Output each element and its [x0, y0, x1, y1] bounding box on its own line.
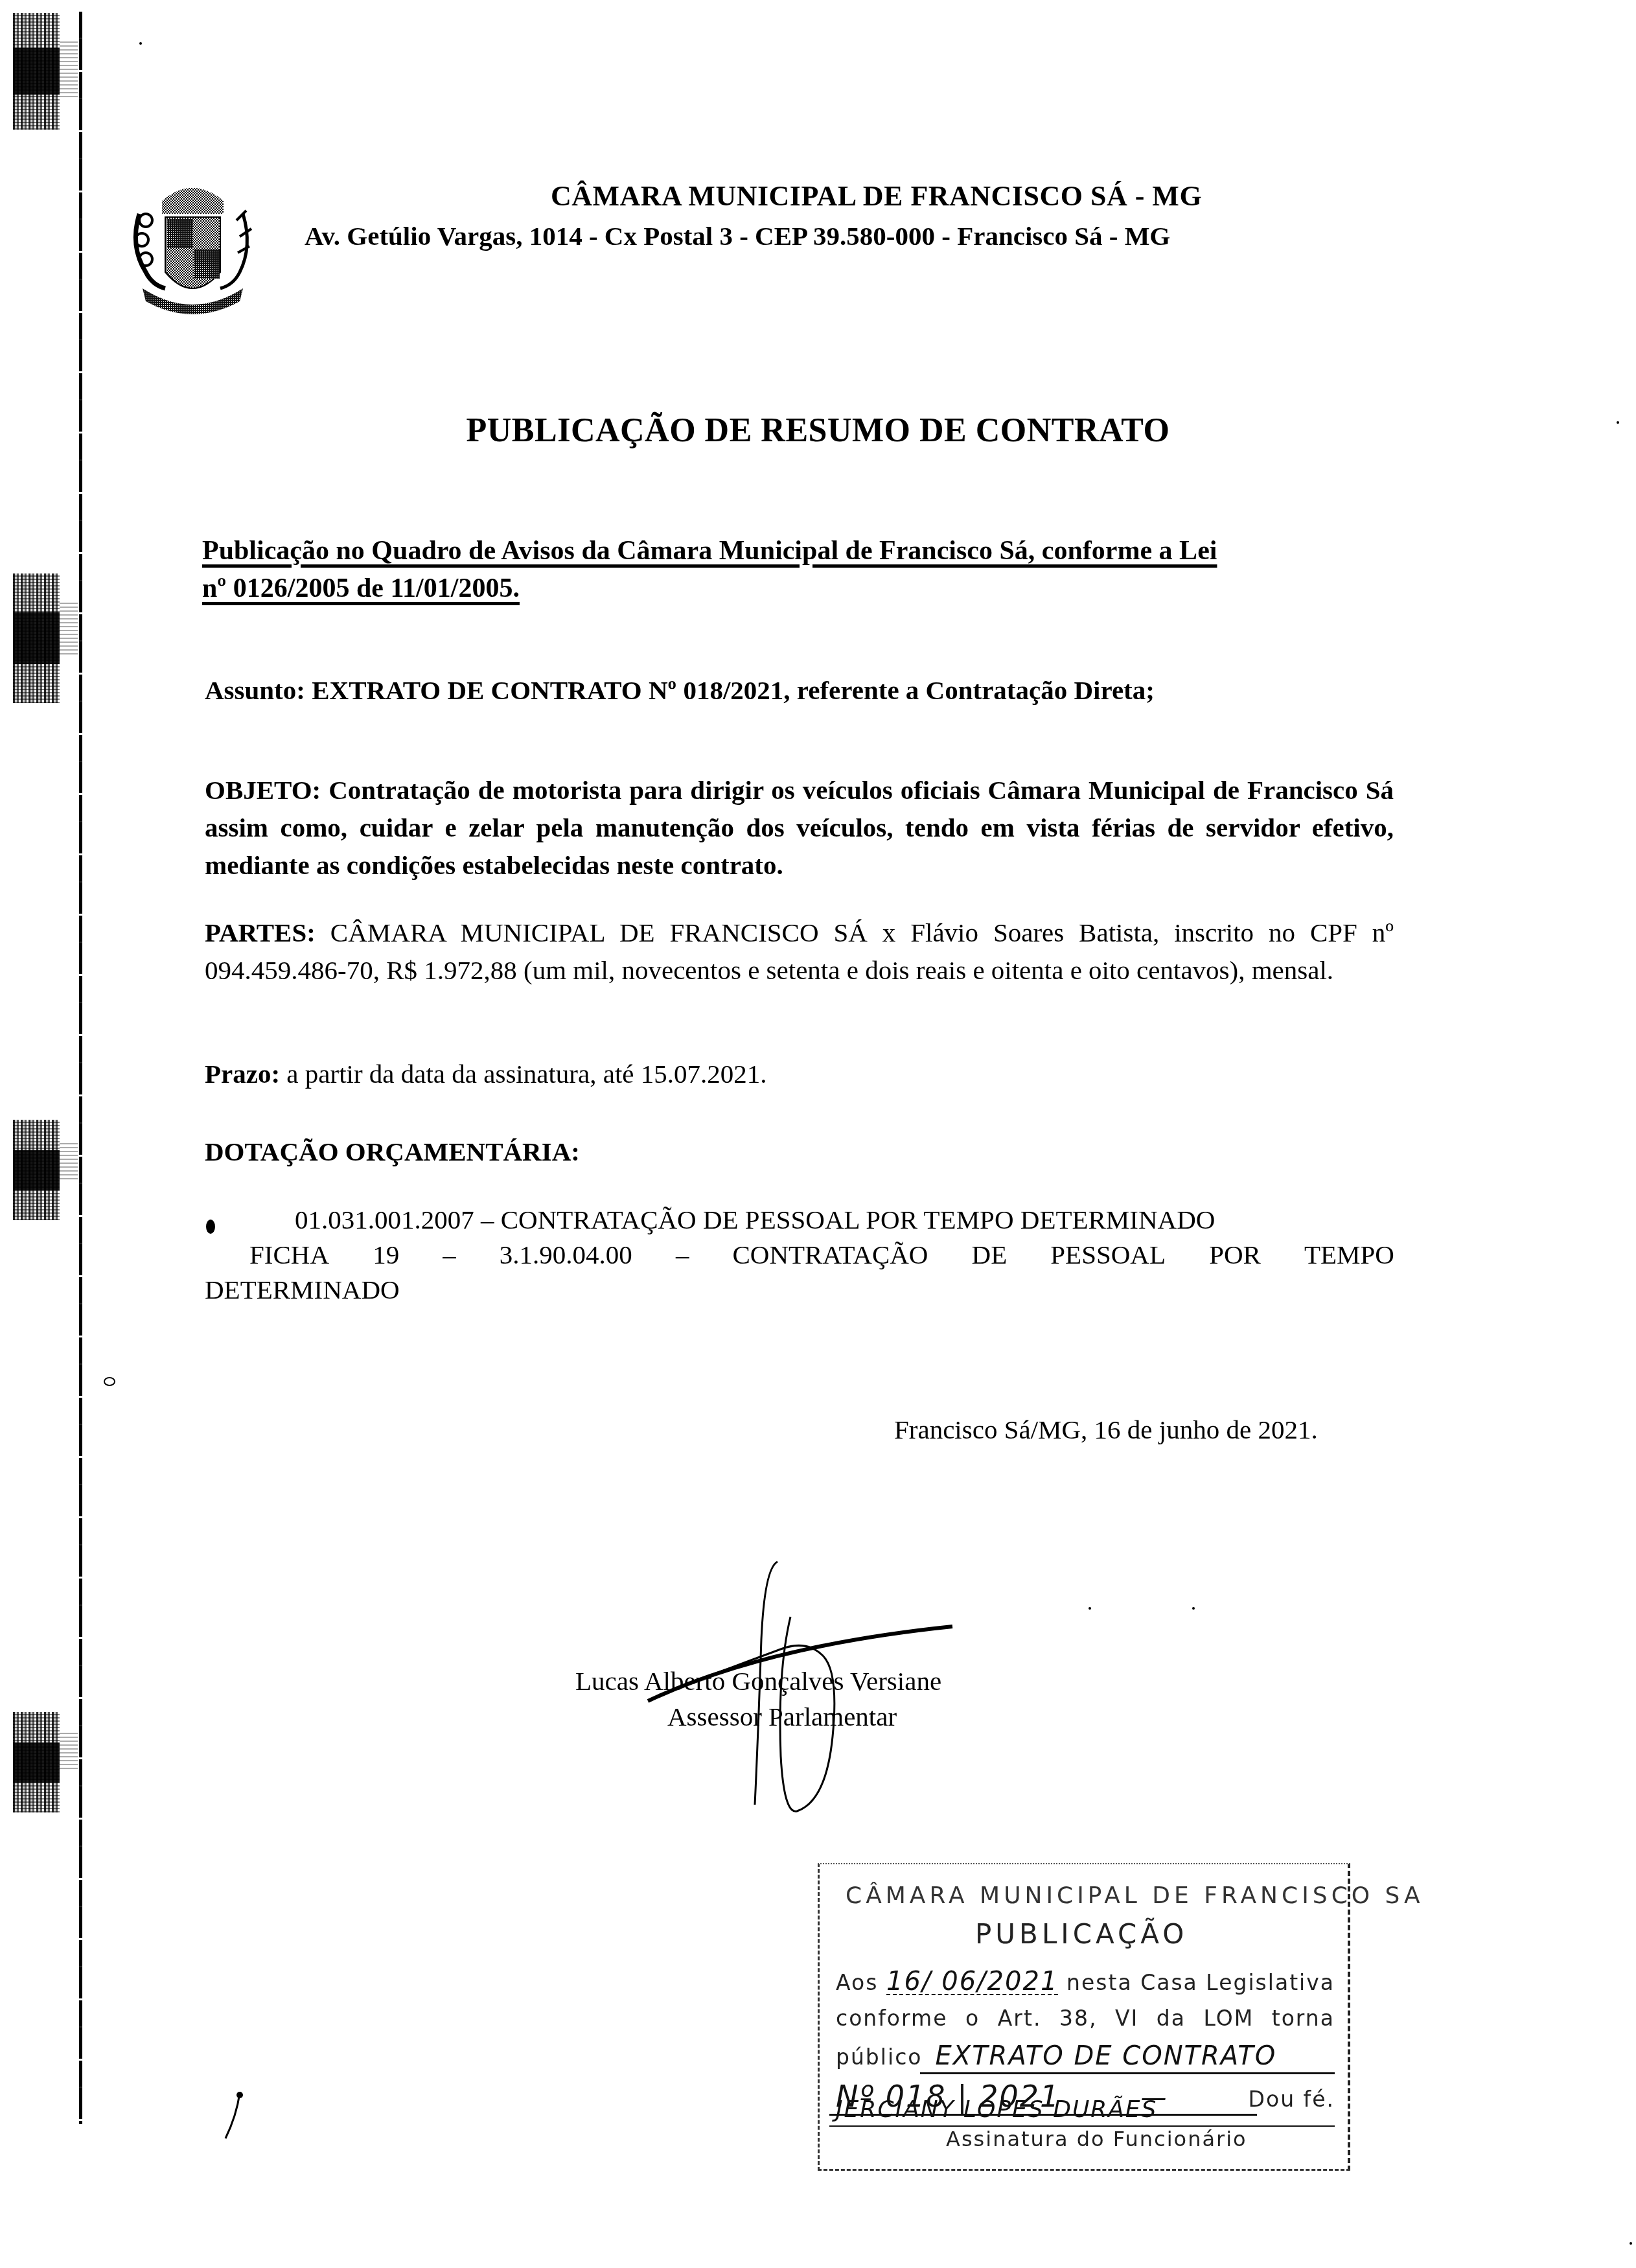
stamp-row-subject: público EXTRATO DE CONTRATO [836, 2041, 1335, 2071]
institution-name: CÂMARA MUNICIPAL DE FRANCISCO SÁ - MG [0, 179, 1636, 213]
dotacao-word: 19 [373, 1239, 399, 1270]
publication-note-line-2: nº 0126/2005 de 11/01/2005. [202, 569, 1391, 608]
stamp-word: VI [1115, 2006, 1138, 2031]
dotacao-word: FICHA [249, 1239, 329, 1270]
bullet-icon [206, 1220, 215, 1234]
assunto-label: Assunto: [205, 675, 305, 705]
stamp-word: da [1157, 2006, 1186, 2031]
scan-punch-hole-fringe [60, 603, 78, 654]
dotacao-word: CONTRATAÇÃO [733, 1239, 928, 1270]
stamp-word: Art. [998, 2006, 1042, 2031]
dotacao-word: DE [972, 1239, 1008, 1270]
prazo-text: a partir da data da assinatura, até 15.0… [286, 1059, 766, 1089]
scan-speck [104, 1377, 115, 1386]
dotacao-word: TEMPO [1304, 1239, 1394, 1270]
stamp-row-article: conforme o Art. 38, VI da LOM torna [836, 2006, 1335, 2031]
scan-punch-hole-mark [13, 1712, 60, 1812]
partes-label: PARTES: [205, 918, 316, 947]
prazo-label: Prazo: [205, 1059, 280, 1089]
dotacao-word: – [443, 1239, 456, 1270]
scan-speck [1192, 1607, 1195, 1610]
scan-speck [139, 42, 142, 45]
scan-punch-hole-mark [13, 13, 60, 130]
stamp-row-clerk: JERCIANY LOPES DURÃES [836, 2096, 1335, 2123]
stamp-handwritten-clerk-name: JERCIANY LOPES DURÃES [836, 2096, 1157, 2123]
scan-speck [1089, 1607, 1091, 1610]
pen-stroke-mark-icon [220, 2090, 246, 2142]
stamp-row-suffix: nesta Casa Legislativa [1066, 1970, 1335, 1995]
dotacao-word: POR [1209, 1239, 1261, 1270]
stamp-row-prefix: público [836, 2044, 922, 2070]
place-and-date: Francisco Sá/MG, 16 de junho de 2021. [894, 1414, 1318, 1445]
stamp-organization: CÂMARA MUNICIPAL DE FRANCISCO SA [846, 1882, 1424, 1909]
objeto-text: Contratação de motorista para dirigir os… [205, 775, 1394, 880]
objeto-label: OBJETO: [205, 775, 321, 805]
assunto-paragraph: Assunto: EXTRATO DE CONTRATO Nº 018/2021… [205, 671, 1394, 709]
stamp-fill-line [920, 2072, 1335, 2074]
document-title: PUBLICAÇÃO DE RESUMO DE CONTRATO [0, 411, 1636, 450]
scan-binding-edge [79, 12, 82, 2124]
stamp-word: LOM [1204, 2006, 1254, 2031]
scan-punch-hole-mark [13, 573, 60, 703]
stamp-row-date: Aos 16/ 06/2021 nesta Casa Legislativa [836, 1967, 1335, 1996]
partes-text: CÂMARA MUNICIPAL DE FRANCISCO SÁ x Flávi… [205, 918, 1394, 985]
scan-punch-hole-fringe [60, 39, 78, 97]
stamp-handwritten-date: 16/ 06/2021 [886, 1967, 1058, 1996]
publication-note-line-1: Publicação no Quadro de Avisos da Câmara… [202, 531, 1391, 570]
dotacao-word: PESSOAL [1050, 1239, 1166, 1270]
stamp-word: 38, [1059, 2006, 1097, 2031]
stamp-signature-caption: Assinatura do Funcionário [946, 2127, 1247, 2151]
dotacao-line-1: 01.031.001.2007 – CONTRATAÇÃO DE PESSOAL… [295, 1204, 1215, 1235]
prazo-paragraph: Prazo: a partir da data da assinatura, a… [205, 1055, 1394, 1093]
stamp-row-prefix: Aos [836, 1970, 878, 1995]
institution-address: Av. Getúlio Vargas, 1014 - Cx Postal 3 -… [305, 220, 1170, 251]
partes-paragraph: PARTES: CÂMARA MUNICIPAL DE FRANCISCO SÁ… [205, 914, 1394, 989]
objeto-paragraph: OBJETO: Contratação de motorista para di… [205, 771, 1394, 884]
stamp-title: PUBLICAÇÃO [975, 1918, 1188, 1950]
scan-punch-hole-fringe [60, 1140, 78, 1179]
stamp-word: o [965, 2006, 980, 2031]
signatory-name: Lucas Alberto Gonçalves Versiane [575, 1665, 941, 1696]
stamp-word: conforme [836, 2006, 948, 2031]
stamp-handwritten-subject: EXTRATO DE CONTRATO [935, 2041, 1276, 2071]
dotacao-heading: DOTAÇÃO ORÇAMENTÁRIA: [205, 1133, 1394, 1170]
scan-punch-hole-mark [13, 1120, 60, 1220]
signatory-role: Assessor Parlamentar [667, 1701, 897, 1732]
dotacao-word: – [676, 1239, 689, 1270]
dotacao-line-2: FICHA 19 – 3.1.90.04.00 – CONTRATAÇÃO DE… [249, 1239, 1394, 1270]
stamp-word: torna [1272, 2006, 1335, 2031]
dotacao-line-3: DETERMINADO [205, 1274, 400, 1305]
scan-speck [1630, 2242, 1632, 2245]
dotacao-word: 3.1.90.04.00 [500, 1239, 632, 1270]
scan-punch-hole-fringe [60, 1730, 78, 1769]
assunto-text: EXTRATO DE CONTRATO Nº 018/2021, referen… [312, 675, 1155, 705]
